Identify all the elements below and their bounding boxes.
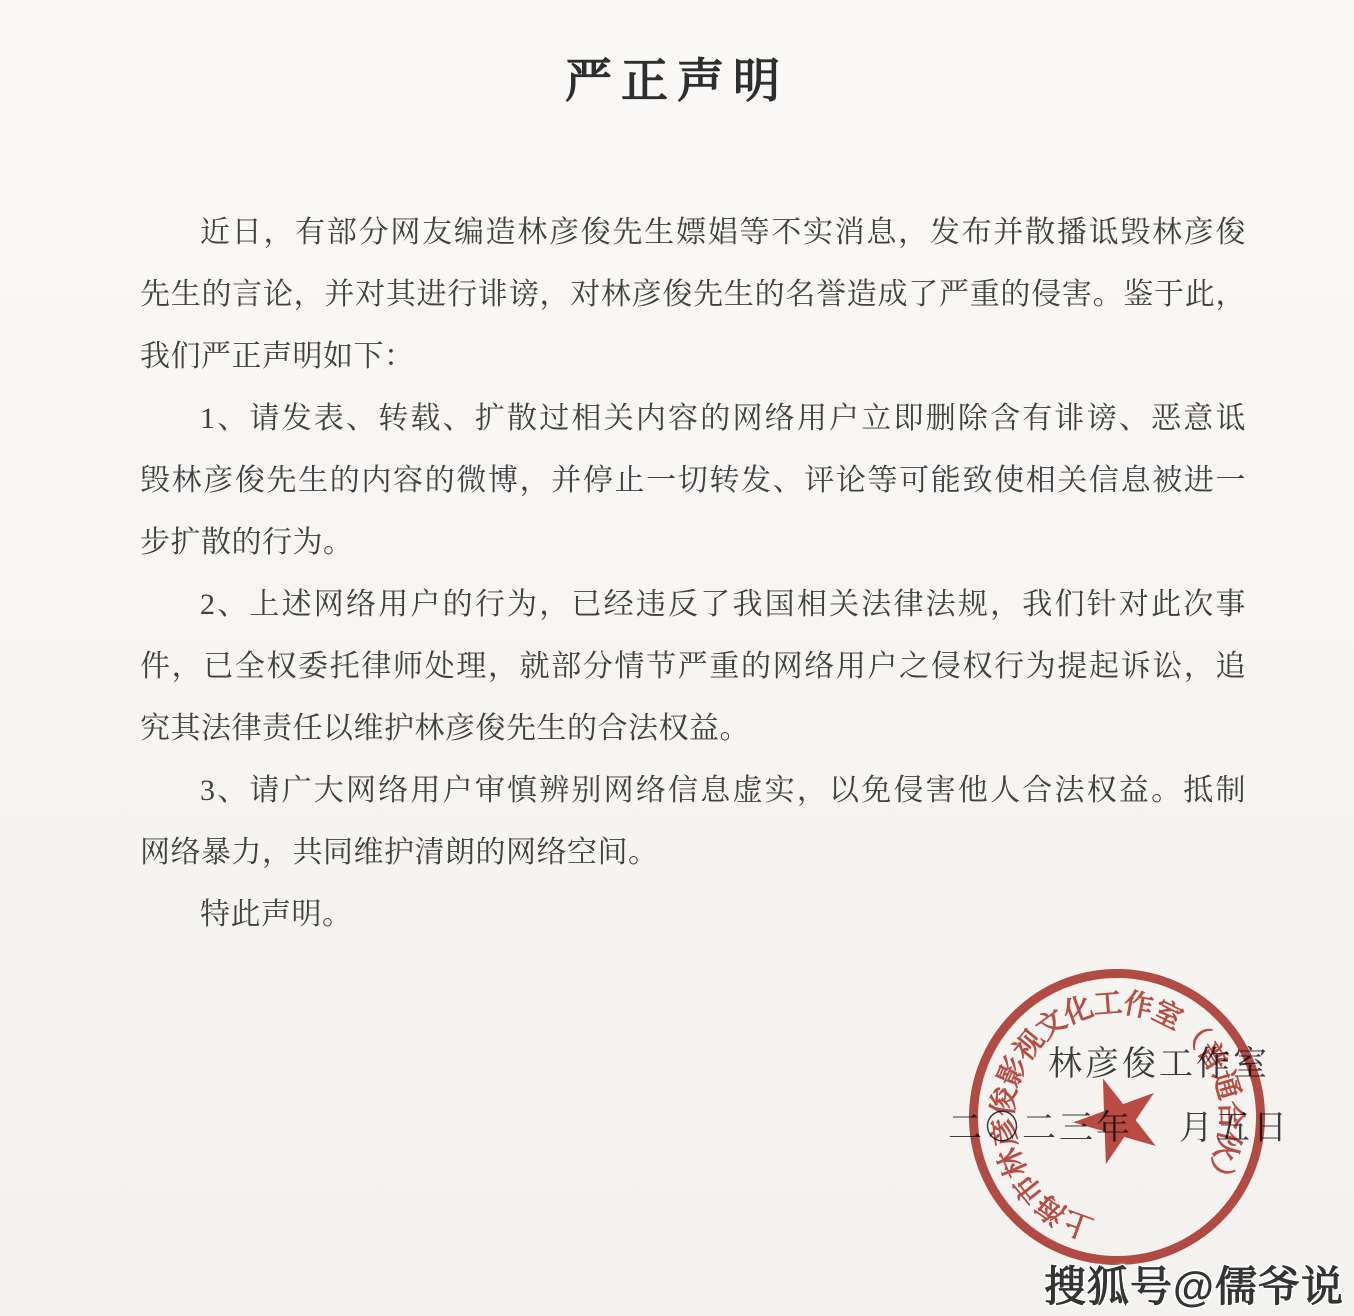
page-title: 严正声明 xyxy=(0,44,1354,111)
watermark: 搜狐号@儒爷说 xyxy=(1044,1254,1344,1314)
body-line: 网络暴力，共同维护清朗的网络空间。 xyxy=(140,822,1246,884)
body-line: 件，已全权委托律师处理，就部分情节严重的网络用户之侵权行为提起诉讼，追 xyxy=(140,636,1246,698)
body-line: 2、上述网络用户的行为，已经违反了我国相关法律法规，我们针对此次事 xyxy=(140,574,1246,636)
body-line: 先生的言论，并对其进行诽谤，对林彦俊先生的名誉造成了严重的侵害。鉴于此， xyxy=(140,264,1246,326)
body-line: 3、请广大网络用户审慎辨别网络信息虚实，以免侵害他人合法权益。抵制 xyxy=(140,760,1246,822)
statement-body: 近日，有部分网友编造林彦俊先生嫖娼等不实消息，发布并散播诋毁林彦俊先生的言论，并… xyxy=(140,202,1246,946)
body-line: 步扩散的行为。 xyxy=(140,512,1246,574)
official-seal-stamp: 上海市林彦俊影视文化工作室（普通合伙） xyxy=(927,927,1306,1306)
body-line: 我们严正声明如下： xyxy=(140,326,1246,388)
body-line: 近日，有部分网友编造林彦俊先生嫖娼等不实消息，发布并散播诋毁林彦俊 xyxy=(140,202,1246,264)
body-line: 毁林彦俊先生的内容的微博，并停止一切转发、评论等可能致使相关信息被进一 xyxy=(140,450,1246,512)
statement-document: 严正声明 近日，有部分网友编造林彦俊先生嫖娼等不实消息，发布并散播诋毁林彦俊先生… xyxy=(0,0,1354,1316)
body-line: 1、请发表、转载、扩散过相关内容的网络用户立即删除含有诽谤、恶意诋 xyxy=(140,388,1246,450)
body-line: 特此声明。 xyxy=(140,884,1246,946)
body-line: 究其法律责任以维护林彦俊先生的合法权益。 xyxy=(140,698,1246,760)
